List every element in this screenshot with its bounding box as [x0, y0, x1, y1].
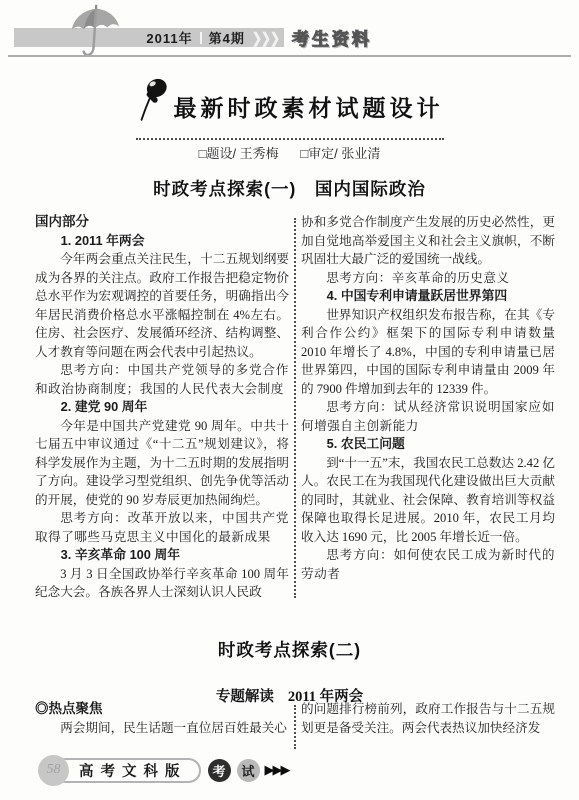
- column-right: 协和多党合作制度产生发展的历史必然性，更加自觉地高举爱国主义和社会主义旗帜，不断…: [301, 213, 555, 602]
- focus-heading: ◎热点聚焦: [35, 700, 289, 719]
- think-direction: 思考方向：如何使农民工成为新时代的劳动者: [301, 546, 555, 583]
- think-direction: 思考方向：辛亥革命的历史意义: [301, 269, 555, 288]
- paragraph: 3 月 3 日全国政协举行辛亥革命 100 周年纪念大会。各族各界人士深刻认识人…: [35, 565, 289, 602]
- section-label: 国内部分: [35, 213, 289, 232]
- think-direction: 思考方向：试从经济常识说明国家应如何增强自主创新能力: [301, 398, 555, 435]
- magazine-page: 2011年 第4期 ❯❯❯ 考生资料 最新时政素材试题设计: [0, 0, 579, 800]
- focus-column-left: ◎热点聚焦 两会期间，民生话题一直位居百姓最关心: [35, 700, 289, 749]
- page-footer: 58 高考文科版 考 试 ▶▶▶: [38, 753, 289, 787]
- issue-number: 第4期: [209, 28, 245, 47]
- column-left: 国内部分 1. 2011 年两会 今年两会重点关注民生，十二五规划纲要成为各界的…: [35, 213, 289, 602]
- byline: □题设/ 王秀梅 □审定/ 张业清: [0, 143, 579, 162]
- focus-column-right: 的问题排行榜前列，政府工作报告与十二五规划更是备受关注。两会代表热议加快经济发: [301, 700, 555, 749]
- paragraph: 到“十一五”末，我国农民工总数达 2.42 亿人。农民工在为我国现代化建设做出巨…: [301, 454, 555, 547]
- page-number-badge: 58: [38, 755, 69, 786]
- article-title: 最新时政素材试题设计: [174, 90, 444, 123]
- issue-year: 2011年: [146, 28, 192, 47]
- focus-columns: ◎热点聚焦 两会期间，民生话题一直位居百姓最关心 的问题排行榜前列，政府工作报告…: [35, 700, 555, 749]
- byline-reviewer: □审定/ 张业清: [300, 146, 380, 161]
- paragraph: 今年两会重点关注民生，十二五规划纲要成为各界的关注点。政府工作报告把稳定物价总水…: [35, 250, 289, 361]
- paragraph: 世界知识产权组织发布报告称，在其《专利合作公约》框架下的国际专利申请数量 201…: [301, 306, 555, 399]
- section2-heading: 时政考点探索(二): [0, 637, 579, 662]
- chevrons-icon: ❯❯❯: [252, 29, 279, 46]
- focus-paragraph: 的问题排行榜前列，政府工作报告与十二五规划更是备受关注。两会代表热议加快经济发: [301, 700, 555, 737]
- paragraph: 协和多党合作制度产生发展的历史必然性，更加自觉地高举爱国主义和社会主义旗帜，不断…: [301, 213, 555, 269]
- shi-badge: 试: [237, 759, 260, 782]
- byline-setter: □题设/ 王秀梅: [199, 146, 279, 161]
- edition-pill: 高考文科版: [53, 758, 201, 783]
- section1-heading: 时政考点探索(一) 国内国际政治: [0, 176, 579, 201]
- pushpin-icon: [136, 76, 172, 129]
- header-rule: [8, 55, 571, 57]
- header-separator: [200, 32, 202, 44]
- kao-badge: 考: [208, 759, 231, 782]
- header-bar: 2011年 第4期 ❯❯❯: [14, 28, 284, 47]
- title-underline: 最新时政素材试题设计: [136, 76, 444, 140]
- item-title: 1. 2011 年两会: [35, 232, 289, 251]
- think-direction: 思考方向：改革开放以来，中国共产党取得了哪些马克思主义中国化的最新成果: [35, 509, 289, 546]
- brand-logo: 考生资料: [292, 25, 372, 50]
- item-title: 3. 辛亥革命 100 周年: [35, 546, 289, 565]
- paragraph: 今年是中国共产党建党 90 周年。中共十七届五中审议通过《“十二五”规划建议》，…: [35, 417, 289, 510]
- think-direction: 思考方向：中国共产党领导的多党合作和政治协商制度；我国的人民代表大会制度: [35, 361, 289, 398]
- item-title: 5. 农民工问题: [301, 435, 555, 454]
- item-title: 4. 中国专利申请量跃居世界第四: [301, 287, 555, 306]
- column-divider: [294, 218, 296, 598]
- article-columns: 国内部分 1. 2011 年两会 今年两会重点关注民生，十二五规划纲要成为各界的…: [35, 213, 555, 602]
- focus-divider: [294, 705, 296, 749]
- item-title: 2. 建党 90 周年: [35, 398, 289, 417]
- umbrella-icon: [66, 3, 124, 76]
- title-block: 最新时政素材试题设计: [0, 76, 579, 140]
- arrows-icon: ▶▶▶: [265, 763, 289, 778]
- focus-paragraph: 两会期间，民生话题一直位居百姓最关心: [35, 719, 289, 738]
